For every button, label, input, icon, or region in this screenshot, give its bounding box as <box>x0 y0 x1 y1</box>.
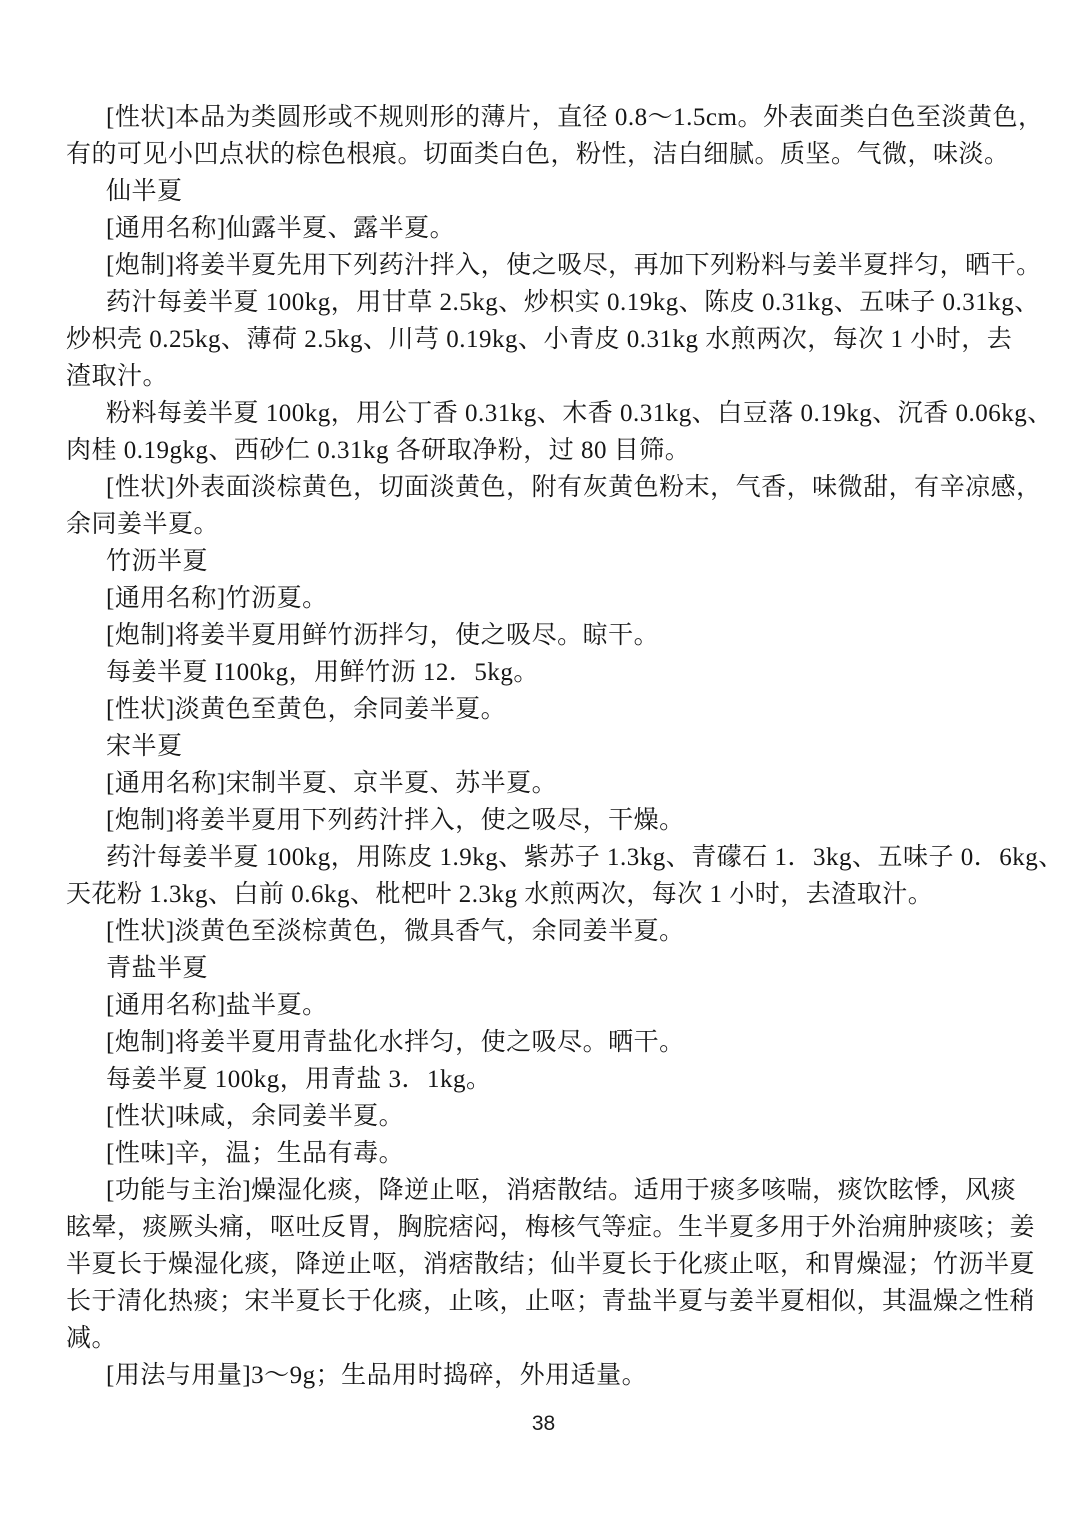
text-line: [炮制]将姜半夏用鲜竹沥拌匀，使之吸尽。晾干。 <box>66 617 1027 654</box>
text-line: 竹沥半夏 <box>66 543 1027 580</box>
text-line: [炮制]将姜半夏先用下列药汁拌入，使之吸尽，再加下列粉料与姜半夏拌匀，晒干。 <box>66 247 1027 284</box>
text-line: [用法与用量]3～9g；生品用时捣碎，外用适量。 <box>66 1357 1027 1394</box>
text-line: [功能与主治]燥湿化痰，降逆止呕，消痞散结。适用于痰多咳喘，痰饮眩悸，风痰 <box>66 1172 1027 1209</box>
text-line: [通用名称]竹沥夏。 <box>66 580 1027 617</box>
text-line: 宋半夏 <box>66 728 1027 765</box>
text-line: [性味]辛，温；生品有毒。 <box>66 1135 1027 1172</box>
text-line: 粉料每姜半夏 100kg，用公丁香 0.31kg、木香 0.31kg、白豆落 0… <box>66 395 1027 432</box>
text-line: 余同姜半夏。 <box>66 506 1027 543</box>
page-footer: 38 <box>0 1412 1087 1436</box>
text-line: [性状]淡黄色至淡棕黄色，微具香气，余同姜半夏。 <box>66 913 1027 950</box>
text-line: [性状]淡黄色至黄色，余同姜半夏。 <box>66 691 1027 728</box>
text-line: 青盐半夏 <box>66 950 1027 987</box>
text-line: 药汁每姜半夏 100kg，用陈皮 1.9kg、紫苏子 1.3kg、青礞石 1．3… <box>66 839 1027 876</box>
text-line: 肉桂 0.19gkg、西砂仁 0.31kg 各研取净粉，过 80 目筛。 <box>66 432 1027 469</box>
text-line: 半夏长于燥湿化痰，降逆止呕，消痞散结；仙半夏长于化痰止呕，和胃燥湿；竹沥半夏 <box>66 1246 1027 1283</box>
text-line: 减。 <box>66 1320 1027 1357</box>
text-line: 每姜半夏 100kg，用青盐 3．1kg。 <box>66 1061 1027 1098</box>
text-line: 天花粉 1.3kg、白前 0.6kg、枇杷叶 2.3kg 水煎两次，每次 1 小… <box>66 876 1027 913</box>
text-line: [性状]味咸，余同姜半夏。 <box>66 1098 1027 1135</box>
text-line: 眩晕，痰厥头痛，呕吐反胃，胸脘痞闷，梅核气等症。生半夏多用于外治痈肿痰咳；姜 <box>66 1209 1027 1246</box>
document-body: [性状]本品为类圆形或不规则形的薄片，直径 0.8～1.5cm。外表面类白色至淡… <box>66 99 1027 1394</box>
text-line: 长于清化热痰；宋半夏长于化痰，止咳，止呕；青盐半夏与姜半夏相似，其温燥之性稍 <box>66 1283 1027 1320</box>
text-line: [炮制]将姜半夏用下列药汁拌入，使之吸尽，干燥。 <box>66 802 1027 839</box>
text-line: 渣取汁。 <box>66 358 1027 395</box>
text-line: 炒枳壳 0.25kg、薄荷 2.5kg、川芎 0.19kg、小青皮 0.31kg… <box>66 321 1027 358</box>
text-line: [性状]本品为类圆形或不规则形的薄片，直径 0.8～1.5cm。外表面类白色至淡… <box>66 99 1027 136</box>
text-line: 仙半夏 <box>66 173 1027 210</box>
text-line: 药汁每姜半夏 100kg，用甘草 2.5kg、炒枳实 0.19kg、陈皮 0.3… <box>66 284 1027 321</box>
text-line: [通用名称]仙露半夏、露半夏。 <box>66 210 1027 247</box>
page-number: 38 <box>532 1412 555 1435</box>
text-line: [通用名称]宋制半夏、京半夏、苏半夏。 <box>66 765 1027 802</box>
text-line: [性状]外表面淡棕黄色，切面淡黄色，附有灰黄色粉末，气香，味微甜，有辛凉感， <box>66 469 1027 506</box>
text-line: 每姜半夏 I100kg，用鲜竹沥 12．5kg。 <box>66 654 1027 691</box>
text-line: [通用名称]盐半夏。 <box>66 987 1027 1024</box>
document-page: [性状]本品为类圆形或不规则形的薄片，直径 0.8～1.5cm。外表面类白色至淡… <box>0 0 1087 1536</box>
text-line: [炮制]将姜半夏用青盐化水拌匀，使之吸尽。晒干。 <box>66 1024 1027 1061</box>
text-line: 有的可见小凹点状的棕色根痕。切面类白色，粉性，洁白细腻。质坚。气微，味淡。 <box>66 136 1027 173</box>
